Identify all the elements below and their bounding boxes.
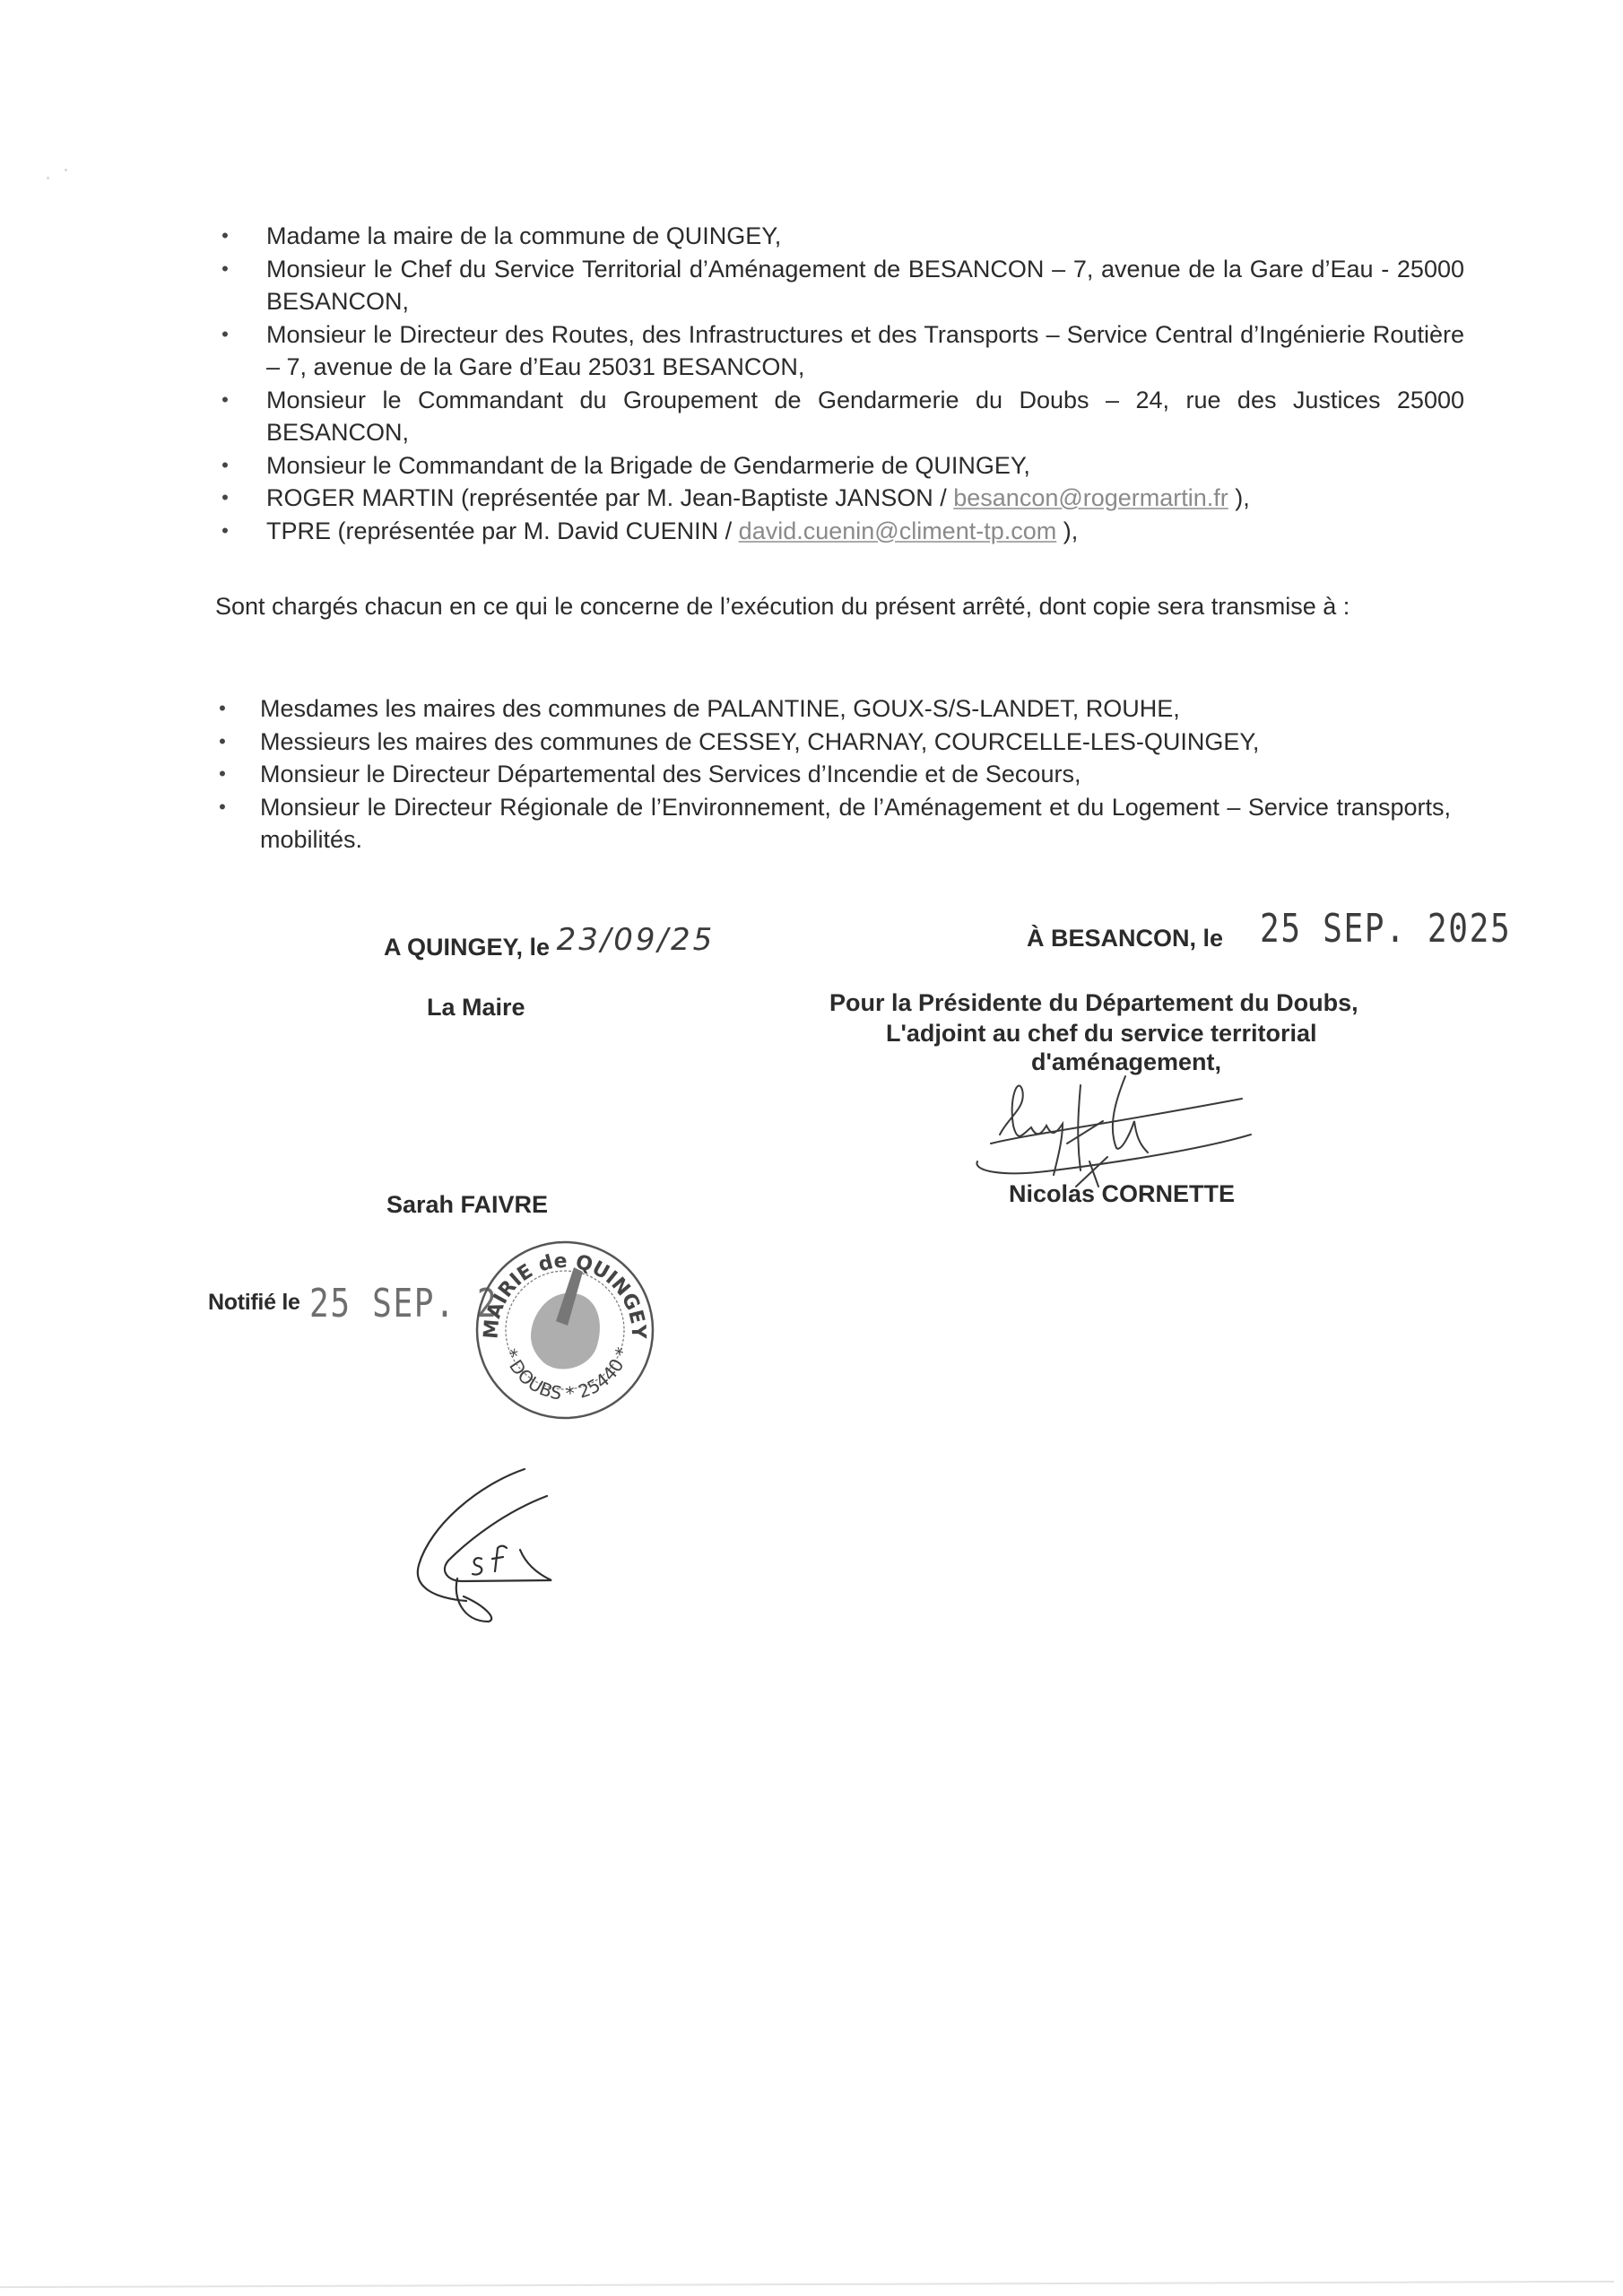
notification-label: Notifié le xyxy=(208,1290,300,1316)
bullet-icon: • xyxy=(216,449,234,483)
bullet-icon: • xyxy=(213,726,231,759)
right-signatory-name: Nicolas CORNETTE xyxy=(1009,1180,1235,1208)
bullet-icon: • xyxy=(216,482,234,515)
list-item: •Madame la maire de la commune de QUINGE… xyxy=(216,220,1464,253)
list-item: •Messieurs les maires des communes de CE… xyxy=(213,726,1451,759)
bullet-icon: • xyxy=(216,220,234,253)
list-item: •Monsieur le Directeur Régionale de l’En… xyxy=(213,791,1451,857)
recipients-list: •Madame la maire de la commune de QUINGE… xyxy=(216,220,1464,547)
copy-recipients-list: •Mesdames les maires des communes de PAL… xyxy=(213,692,1451,857)
initials-signature-icon xyxy=(408,1462,560,1628)
bullet-icon: • xyxy=(213,791,231,824)
scan-speck xyxy=(65,169,67,171)
list-item: •Monsieur le Chef du Service Territorial… xyxy=(216,253,1464,318)
right-role-line2: L'adjoint au chef du service territorial xyxy=(886,1019,1317,1048)
bullet-icon: • xyxy=(216,253,234,286)
bullet-icon: • xyxy=(216,515,234,548)
right-stamped-date: 25 SEP. 2025 xyxy=(1260,906,1511,952)
left-signatory-name: Sarah FAIVRE xyxy=(386,1191,548,1219)
notification-stamped-date: 25 SEP. 2 xyxy=(309,1281,498,1326)
left-role: La Maire xyxy=(427,994,525,1022)
left-place-date: A QUINGEY, le 23/09/25 xyxy=(384,927,715,963)
scan-speck xyxy=(47,177,49,179)
bullet-icon: • xyxy=(216,318,234,352)
list-item: •Monsieur le Directeur des Routes, des I… xyxy=(216,318,1464,384)
email-link-climent[interactable]: david.cuenin@climent-tp.com xyxy=(739,517,1057,544)
bullet-icon: • xyxy=(216,384,234,417)
mairie-seal-icon: MAIRIE de QUINGEY * DOUBS * 25440 * xyxy=(471,1236,659,1424)
email-link-rogermartin[interactable]: besancon@rogermartin.fr xyxy=(953,484,1228,511)
list-item: •Monsieur le Directeur Départemental des… xyxy=(213,758,1451,791)
bullet-icon: • xyxy=(213,692,231,726)
list-item: •Monsieur le Commandant de la Brigade de… xyxy=(216,449,1464,483)
bullet-icon: • xyxy=(213,758,231,791)
right-place-label: À BESANCON, le xyxy=(1027,925,1223,952)
left-place-label: A QUINGEY, le xyxy=(384,934,550,961)
execution-paragraph: Sont chargés chacun en ce qui le concern… xyxy=(215,590,1463,623)
scan-edge-line xyxy=(0,2281,1614,2288)
handwritten-date: 23/09/25 xyxy=(557,922,716,958)
list-item: •TPRE (représentée par M. David CUENIN /… xyxy=(216,515,1464,548)
signature-cornette-icon xyxy=(973,1072,1278,1188)
list-item: •Mesdames les maires des communes de PAL… xyxy=(213,692,1451,726)
list-item: •ROGER MARTIN (représentée par M. Jean-B… xyxy=(216,482,1464,515)
right-role-line1: Pour la Présidente du Département du Dou… xyxy=(829,988,1358,1018)
list-item: •Monsieur le Commandant du Groupement de… xyxy=(216,384,1464,449)
